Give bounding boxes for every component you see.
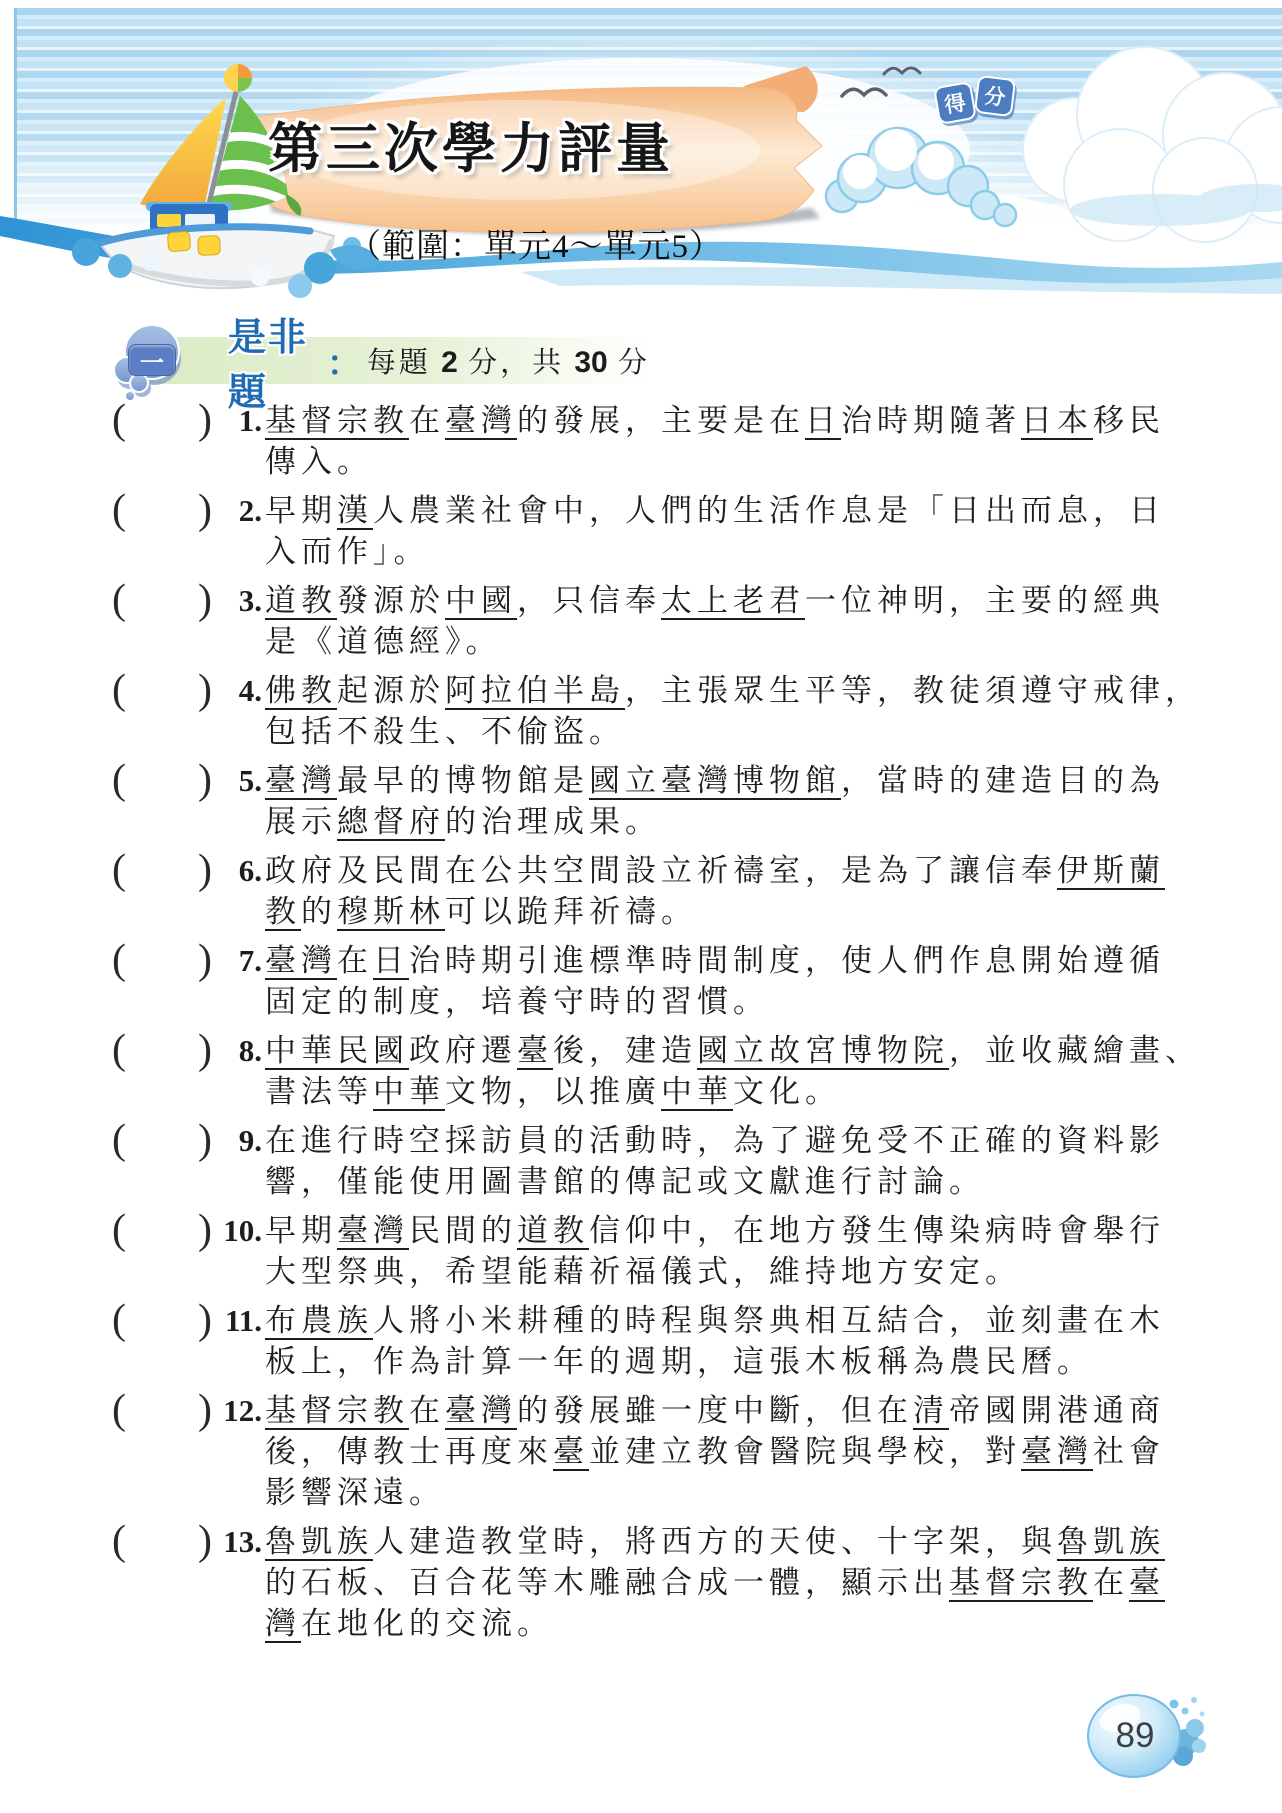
question-text-line: 影響深遠。 — [265, 1472, 1165, 1513]
question-row: ()13.魯凱族人建造教堂時，將西方的天使、十字架，與魯凱族的石板、百合花等木雕… — [112, 1521, 1187, 1644]
question-text: 臺灣在日治時期引進標準時間制度，使人們作息開始遵循固定的制度，培養守時的習慣。 — [265, 940, 1165, 1022]
answer-blank[interactable]: () — [112, 1300, 212, 1341]
question-text-line: 臺灣最早的博物館是國立臺灣博物館，當時的建造目的為 — [265, 760, 1165, 801]
proper-noun-underline: 基督宗教 — [949, 1565, 1093, 1602]
proper-noun-underline: 教 — [265, 894, 301, 931]
question-text: 早期漢人農業社會中，人們的生活作息是「日出而息，日入而作」。 — [265, 490, 1165, 572]
paren-open: ( — [112, 1120, 126, 1161]
proper-noun-underline: 總督府 — [337, 804, 445, 841]
question-text-line: 響，僅能使用圖書館的傳記或文獻進行討論。 — [265, 1161, 1165, 1202]
answer-blank[interactable]: () — [112, 1521, 212, 1562]
paren-close: ) — [198, 670, 212, 711]
questions-list: ()1.基督宗教在臺灣的發展，主要是在日治時期隨著日本移民傳入。()2.早期漢人… — [112, 400, 1187, 1652]
proper-noun-underline: 臺 — [1129, 1565, 1165, 1602]
question-text-line: 政府及民間在公共空間設立祈禱室，是為了讓信奉伊斯蘭 — [265, 850, 1165, 891]
proper-noun-underline: 中華 — [661, 1074, 733, 1111]
question-number: 5. — [212, 760, 263, 801]
paren-close: ) — [198, 580, 212, 621]
score-badge-char: 分 — [974, 75, 1016, 117]
question-text: 布農族人將小米耕種的時程與祭典相互結合，並刻畫在木板上，作為計算一年的週期，這張… — [265, 1300, 1165, 1382]
question-row: ()9.在進行時空採訪員的活動時，為了避免受不正確的資料影響，僅能使用圖書館的傳… — [112, 1120, 1187, 1202]
section-header: 是非題 ： 每題 2 分，共 30 分 — [150, 337, 650, 384]
question-text-line: 入而作」。 — [265, 531, 1165, 572]
question-text-line: 傳入。 — [265, 441, 1165, 482]
question-text-line: 基督宗教在臺灣的發展，主要是在日治時期隨著日本移民 — [265, 400, 1165, 441]
section-instructions: 每題 2 分，共 30 分 — [367, 340, 650, 381]
proper-noun-underline: 日 — [805, 403, 841, 440]
question-number: 2. — [212, 490, 263, 531]
answer-blank[interactable]: () — [112, 580, 212, 621]
instruction-text: 分 — [608, 347, 650, 379]
worksheet-page: 第三次學力評量 （範圍：單元4～單元5） 得 分 是非題 ： 每題 2 分，共 … — [0, 0, 1282, 1813]
answer-blank[interactable]: () — [112, 1210, 212, 1251]
paren-open: ( — [112, 1210, 126, 1251]
score-badge-char: 得 — [933, 81, 977, 125]
question-row: ()10.早期臺灣民間的道教信仰中，在地方發生傳染病時會舉行大型祭典，希望能藉祈… — [112, 1210, 1187, 1292]
paren-close: ) — [198, 490, 212, 531]
question-text-line: 的石板、百合花等木雕融合成一體，顯示出基督宗教在臺 — [265, 1562, 1165, 1603]
proper-noun-underline: 日 — [373, 943, 409, 980]
question-text-line: 早期臺灣民間的道教信仰中，在地方發生傳染病時會舉行 — [265, 1210, 1165, 1251]
paren-close: ) — [198, 850, 212, 891]
answer-blank[interactable]: () — [112, 490, 212, 531]
proper-noun-underline: 中華民國 — [265, 1033, 409, 1070]
proper-noun-underline: 基督宗教 — [265, 1393, 409, 1430]
question-row: ()2.早期漢人農業社會中，人們的生活作息是「日出而息，日入而作」。 — [112, 490, 1187, 572]
answer-blank[interactable]: () — [112, 1120, 212, 1161]
instruction-text: 每題 — [367, 347, 441, 379]
proper-noun-underline: 臺灣 — [337, 1213, 409, 1250]
question-number: 11. — [212, 1300, 263, 1341]
question-text-line: 道教發源於中國，只信奉太上老君一位神明，主要的經典 — [265, 580, 1165, 621]
question-number: 12. — [212, 1390, 263, 1431]
proper-noun-underline: 中華 — [373, 1074, 445, 1111]
section-number: 一 — [128, 344, 176, 376]
question-text-line: 中華民國政府遷臺後，建造國立故宮博物院，並收藏繪畫、 — [265, 1030, 1201, 1071]
page-number: 89 — [1108, 1716, 1162, 1756]
question-text: 在進行時空採訪員的活動時，為了避免受不正確的資料影響，僅能使用圖書館的傳記或文獻… — [265, 1120, 1165, 1202]
question-text-line: 展示總督府的治理成果。 — [265, 801, 1165, 842]
question-number: 7. — [212, 940, 263, 981]
paren-open: ( — [112, 760, 126, 801]
question-number: 4. — [212, 670, 263, 711]
question-text-line: 後，傳教士再度來臺並建立教會醫院與學校，對臺灣社會 — [265, 1431, 1165, 1472]
proper-noun-underline: 日本 — [1021, 403, 1093, 440]
paren-open: ( — [112, 1030, 126, 1071]
question-text-line: 基督宗教在臺灣的發展雖一度中斷，但在清帝國開港通商 — [265, 1390, 1165, 1431]
proper-noun-underline: 臺 — [517, 1033, 553, 1070]
question-text-line: 板上，作為計算一年的週期，這張木板稱為農民曆。 — [265, 1341, 1165, 1382]
proper-noun-underline: 國立故宮博物院 — [697, 1033, 949, 1070]
question-number: 9. — [212, 1120, 263, 1161]
section-separator: ： — [327, 336, 361, 385]
paren-close: ) — [198, 1120, 212, 1161]
proper-noun-underline: 布農族 — [265, 1303, 373, 1340]
question-row: ()7.臺灣在日治時期引進標準時間制度，使人們作息開始遵循固定的制度，培養守時的… — [112, 940, 1187, 1022]
question-row: ()11.布農族人將小米耕種的時程與祭典相互結合，並刻畫在木板上，作為計算一年的… — [112, 1300, 1187, 1382]
question-text-line: 包括不殺生、不偷盜。 — [265, 711, 1201, 752]
proper-noun-underline: 漢 — [337, 493, 373, 530]
proper-noun-underline: 基督宗教 — [265, 403, 409, 440]
paren-close: ) — [198, 940, 212, 981]
question-text-line: 佛教起源於阿拉伯半島，主張眾生平等，教徒須遵守戒律， — [265, 670, 1201, 711]
question-number: 8. — [212, 1030, 263, 1071]
question-number: 13. — [212, 1521, 263, 1562]
question-row: ()3.道教發源於中國，只信奉太上老君一位神明，主要的經典是《道德經》。 — [112, 580, 1187, 662]
proper-noun-underline: 臺灣 — [265, 943, 337, 980]
instruction-number: 2 — [441, 346, 458, 379]
proper-noun-underline: 魯凱族 — [1057, 1524, 1165, 1561]
question-row: ()4.佛教起源於阿拉伯半島，主張眾生平等，教徒須遵守戒律，包括不殺生、不偷盜。 — [112, 670, 1187, 752]
question-text: 早期臺灣民間的道教信仰中，在地方發生傳染病時會舉行大型祭典，希望能藉祈福儀式，維… — [265, 1210, 1165, 1292]
proper-noun-underline: 臺 — [553, 1434, 589, 1471]
scope-line: （範圍：單元4～單元5） — [348, 220, 723, 267]
score-char-de: 得 — [942, 86, 968, 119]
proper-noun-underline: 中國 — [445, 583, 517, 620]
question-text-line: 魯凱族人建造教堂時，將西方的天使、十字架，與魯凱族 — [265, 1521, 1165, 1562]
proper-noun-underline: 魯凱族 — [265, 1524, 373, 1561]
paren-close: ) — [198, 1521, 212, 1562]
paren-close: ) — [198, 1030, 212, 1071]
question-text: 魯凱族人建造教堂時，將西方的天使、十字架，與魯凱族的石板、百合花等木雕融合成一體… — [265, 1521, 1165, 1644]
proper-noun-underline: 伊斯蘭 — [1057, 853, 1165, 890]
question-text: 佛教起源於阿拉伯半島，主張眾生平等，教徒須遵守戒律，包括不殺生、不偷盜。 — [265, 670, 1201, 752]
question-number: 3. — [212, 580, 263, 621]
paren-open: ( — [112, 850, 126, 891]
paren-close: ) — [198, 760, 212, 801]
proper-noun-underline: 臺灣 — [445, 1393, 517, 1430]
page-title: 第三次學力評量 — [268, 106, 674, 183]
question-row: ()8.中華民國政府遷臺後，建造國立故宮博物院，並收藏繪畫、書法等中華文物，以推… — [112, 1030, 1187, 1112]
question-text: 臺灣最早的博物館是國立臺灣博物館，當時的建造目的為展示總督府的治理成果。 — [265, 760, 1165, 842]
section-title: 是非題 — [228, 306, 325, 416]
question-text-line: 大型祭典，希望能藉祈福儀式，維持地方安定。 — [265, 1251, 1165, 1292]
answer-blank[interactable]: () — [112, 850, 212, 891]
question-text: 道教發源於中國，只信奉太上老君一位神明，主要的經典是《道德經》。 — [265, 580, 1165, 662]
question-text-line: 書法等中華文物，以推廣中華文化。 — [265, 1071, 1201, 1112]
answer-blank[interactable]: () — [112, 760, 212, 801]
question-row: ()6.政府及民間在公共空間設立祈禱室，是為了讓信奉伊斯蘭教的穆斯林可以跪拜祈禱… — [112, 850, 1187, 932]
proper-noun-underline: 臺灣 — [265, 763, 337, 800]
score-badge: 得 分 — [936, 84, 1014, 122]
proper-noun-underline: 太上老君 — [661, 583, 805, 620]
question-row: ()1.基督宗教在臺灣的發展，主要是在日治時期隨著日本移民傳入。 — [112, 400, 1187, 482]
proper-noun-underline: 佛教 — [265, 673, 337, 710]
paren-close: ) — [198, 1390, 212, 1431]
question-text-line: 是《道德經》。 — [265, 621, 1165, 662]
question-number: 10. — [212, 1210, 263, 1251]
question-text-line: 教的穆斯林可以跪拜祈禱。 — [265, 891, 1165, 932]
answer-blank[interactable]: () — [112, 1030, 212, 1071]
answer-blank[interactable]: () — [112, 1390, 212, 1431]
proper-noun-underline: 清 — [913, 1393, 949, 1430]
question-text: 基督宗教在臺灣的發展，主要是在日治時期隨著日本移民傳入。 — [265, 400, 1165, 482]
question-text: 政府及民間在公共空間設立祈禱室，是為了讓信奉伊斯蘭教的穆斯林可以跪拜祈禱。 — [265, 850, 1165, 932]
proper-noun-underline: 阿拉伯半島 — [445, 673, 625, 710]
paren-open: ( — [112, 1300, 126, 1341]
paren-open: ( — [112, 1390, 126, 1431]
instruction-number: 30 — [574, 346, 607, 379]
proper-noun-underline: 道教 — [517, 1213, 589, 1250]
proper-noun-underline: 國立臺灣博物館 — [589, 763, 841, 800]
answer-blank[interactable]: () — [112, 670, 212, 711]
paren-open: ( — [112, 670, 126, 711]
question-text-line: 臺灣在日治時期引進標準時間制度，使人們作息開始遵循 — [265, 940, 1165, 981]
question-text-line: 固定的制度，培養守時的習慣。 — [265, 981, 1165, 1022]
paren-close: ) — [198, 1210, 212, 1251]
score-char-fen: 分 — [983, 80, 1007, 112]
paren-close: ) — [198, 1300, 212, 1341]
question-text-line: 在進行時空採訪員的活動時，為了避免受不正確的資料影 — [265, 1120, 1165, 1161]
question-row: ()12.基督宗教在臺灣的發展雖一度中斷，但在清帝國開港通商後，傳教士再度來臺並… — [112, 1390, 1187, 1513]
question-text-line: 早期漢人農業社會中，人們的生活作息是「日出而息，日 — [265, 490, 1165, 531]
question-text: 中華民國政府遷臺後，建造國立故宮博物院，並收藏繪畫、書法等中華文物，以推廣中華文… — [265, 1030, 1201, 1112]
proper-noun-underline: 臺灣 — [1021, 1434, 1093, 1471]
proper-noun-underline: 灣 — [265, 1606, 301, 1643]
paren-open: ( — [112, 490, 126, 531]
proper-noun-underline: 臺灣 — [445, 403, 517, 440]
paren-open: ( — [112, 1521, 126, 1562]
question-row: ()5.臺灣最早的博物館是國立臺灣博物館，當時的建造目的為展示總督府的治理成果。 — [112, 760, 1187, 842]
paren-close: ) — [198, 400, 212, 441]
question-text-line: 灣在地化的交流。 — [265, 1603, 1165, 1644]
paren-open: ( — [112, 940, 126, 981]
question-text: 基督宗教在臺灣的發展雖一度中斷，但在清帝國開港通商後，傳教士再度來臺並建立教會醫… — [265, 1390, 1165, 1513]
instruction-text: 分，共 — [458, 347, 575, 379]
proper-noun-underline: 道教 — [265, 583, 337, 620]
answer-blank[interactable]: () — [112, 940, 212, 981]
proper-noun-underline: 穆斯林 — [337, 894, 445, 931]
paren-open: ( — [112, 580, 126, 621]
section-number-badge: 一 — [110, 322, 198, 408]
question-number: 1. — [212, 400, 263, 441]
question-text-line: 布農族人將小米耕種的時程與祭典相互結合，並刻畫在木 — [265, 1300, 1165, 1341]
question-number: 6. — [212, 850, 263, 891]
